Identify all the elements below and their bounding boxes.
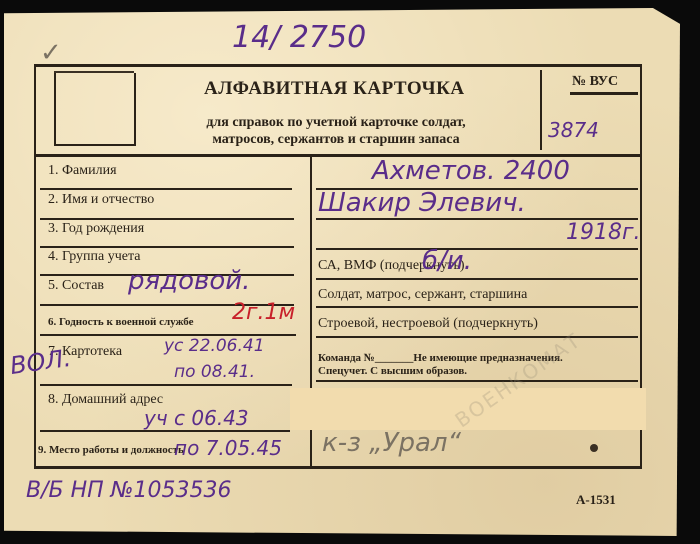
field-card-index-value-2: по 08.41. — [174, 362, 255, 382]
frame-bottom — [34, 466, 642, 469]
registration-number: 14/ 2750 — [232, 20, 366, 55]
field-name-label: 2. Имя и отчество — [48, 192, 154, 208]
left-margin-note: ВОЛ. — [8, 344, 72, 380]
field-card-index-value-1: ус 22.06.41 — [164, 336, 265, 356]
vus-value: 3874 — [548, 118, 599, 142]
field-workplace-date: по 7.05.45 — [174, 436, 282, 460]
field-workplace-label: 9. Место работы и должность — [38, 444, 184, 456]
field-birth-year-label: 3. Год рождения — [48, 221, 144, 237]
card-title: АЛФАВИТНАЯ КАРТОЧКА — [204, 78, 465, 100]
frame-top — [34, 64, 640, 67]
field-address-value: уч с 06.43 — [144, 406, 249, 430]
fitness-options: Строевой, нестроевой (подчеркнуть) — [318, 316, 538, 332]
bottom-note: В/Б НП №1053536 — [26, 478, 232, 503]
form-code: А-1531 — [576, 492, 616, 508]
card-subtitle: для справок по учетной карточке солдат, … — [156, 114, 516, 148]
special-registry-note: Спецучет. С высшим образов. — [318, 365, 467, 377]
dot-mark — [590, 444, 598, 452]
field-composition-label: 5. Состав — [48, 278, 104, 294]
field-surname-value: Ахметов. 2400 — [372, 156, 570, 186]
field-name-value: Шакир Элевич. — [318, 188, 526, 218]
field-surname-label: 1. Фамилия — [48, 163, 117, 179]
field-fitness-value: 2г.1м — [232, 300, 295, 325]
field-group-value: б/и. — [422, 246, 472, 276]
composition-options: Солдат, матрос, сержант, старшина — [318, 287, 527, 303]
field-fitness-label: 6. Годность к военной службе — [48, 316, 194, 328]
workplace-value: к-з „Урал“ — [322, 428, 461, 458]
field-birth-year-value: 1918г. — [566, 220, 641, 245]
frame-left — [34, 64, 36, 468]
photo-box — [56, 74, 134, 144]
field-composition-value: рядовой. — [128, 266, 250, 296]
vus-label: № ВУС — [572, 74, 618, 90]
alphabetical-card: 14/ 2750 ✓ АЛФАВИТНАЯ КАРТОЧКА для справ… — [4, 8, 680, 536]
field-group-label: 4. Группа учета — [48, 249, 140, 265]
